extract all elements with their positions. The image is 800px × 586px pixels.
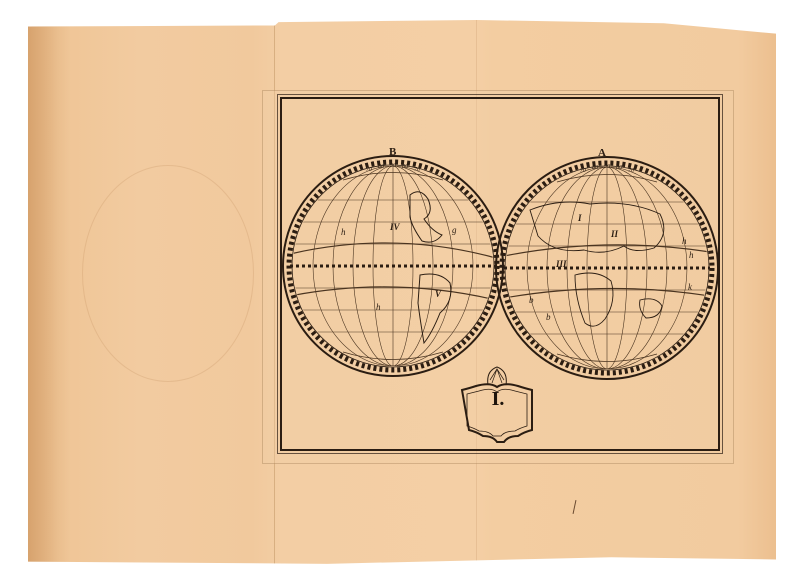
roman-marker: V	[435, 289, 442, 299]
svg-text:80: 80	[592, 165, 598, 171]
zone-letter: h	[689, 250, 694, 260]
roman-marker: III	[555, 259, 567, 269]
roman-marker: I	[577, 213, 582, 223]
svg-text:80: 80	[402, 164, 408, 170]
svg-text:80: 80	[616, 165, 622, 171]
zone-letter: h	[682, 236, 687, 246]
svg-text:80: 80	[378, 164, 384, 170]
roman-marker: IV	[389, 222, 401, 232]
hemisphere-east: I II III h h b b k 70 80 90 80 70	[496, 157, 718, 379]
svg-text:90: 90	[390, 163, 396, 169]
svg-text:70: 70	[580, 168, 586, 174]
zone-letter: b	[529, 295, 534, 305]
zone-letter: g	[452, 225, 457, 235]
zone-letter: k	[688, 282, 693, 292]
svg-text:70: 70	[414, 167, 420, 173]
zone-letter: h	[341, 227, 346, 237]
svg-text:90: 90	[604, 164, 610, 170]
double-hemisphere-map: h IV V h g 70 80 90 80 70	[0, 0, 800, 586]
zone-letter: h	[376, 302, 381, 312]
plate-number: I.	[458, 388, 538, 411]
zone-letter: b	[546, 312, 551, 322]
roman-marker: II	[610, 229, 619, 239]
svg-text:70: 70	[628, 168, 634, 174]
svg-text:70: 70	[366, 167, 372, 173]
hemisphere-west: h IV V h g 70 80 90 80 70	[283, 156, 503, 376]
